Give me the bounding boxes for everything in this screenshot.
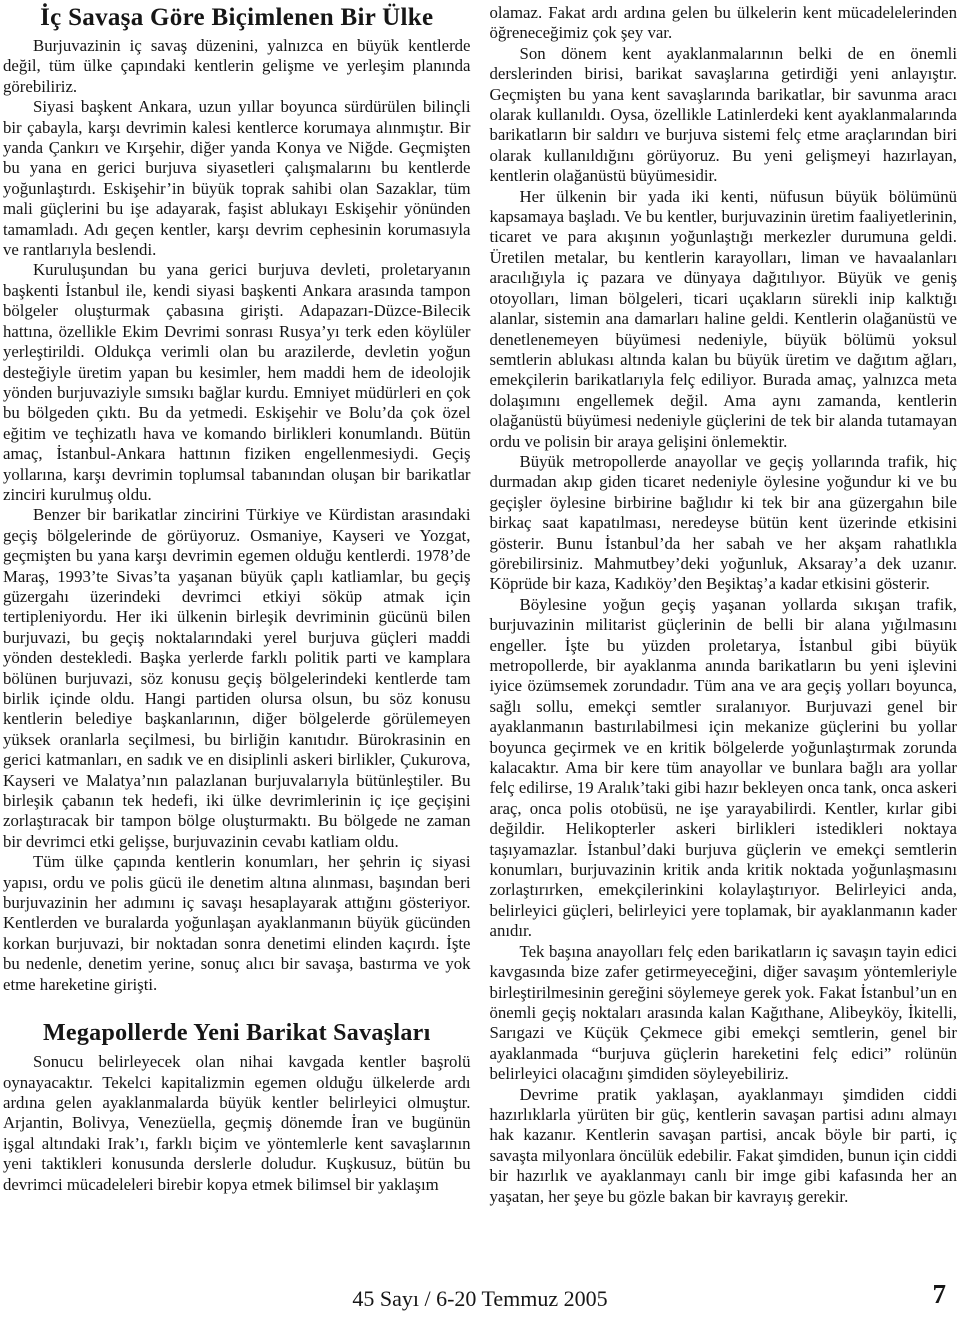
newspaper-page: İç Savaşa Göre Biçimlenen Bir Ülke Burju…: [0, 0, 960, 1318]
body-paragraph: Tek başına anayolları felç eden barikatl…: [490, 942, 958, 1085]
body-paragraph: Tüm ülke çapında kentlerin konumları, he…: [3, 852, 471, 995]
page-number: 7: [933, 1279, 947, 1310]
body-paragraph: Kuruluşundan bu yana gerici burjuva devl…: [3, 260, 471, 505]
body-paragraph: Siyasi başkent Ankara, uzun yıllar boyun…: [3, 97, 471, 260]
section-heading: Megapollerde Yeni Barikat Savaşları: [3, 1019, 471, 1047]
article-title: İç Savaşa Göre Biçimlenen Bir Ülke: [3, 3, 471, 33]
body-paragraph: Benzer bir barikatlar zincirini Türkiye …: [3, 505, 471, 852]
article-body: İç Savaşa Göre Biçimlenen Bir Ülke Burju…: [0, 0, 960, 1273]
body-paragraph: Son dönem kent ayaklanmalarının belki de…: [490, 44, 958, 187]
body-paragraph: Burjuvazinin iç savaş düzenini, yalnızca…: [3, 36, 471, 97]
body-paragraph: Büyük metropollerde anayollar ve geçiş y…: [490, 452, 958, 595]
body-paragraph: Sonucu belirleyecek olan nihai kavgada k…: [3, 1052, 471, 1195]
body-paragraph-continuation: olamaz. Fakat ardı ardına gelen bu ülkel…: [490, 3, 958, 44]
issue-info: 45 Sayı / 6-20 Temmuz 2005: [0, 1286, 960, 1312]
right-column: olamaz. Fakat ardı ardına gelen bu ülkel…: [490, 3, 958, 1273]
body-paragraph: Her ülkenin bir yada iki kenti, nüfusun …: [490, 187, 958, 452]
body-paragraph: Devrime pratik yaklaşan, ayaklanmayı şim…: [490, 1085, 958, 1207]
left-column: İç Savaşa Göre Biçimlenen Bir Ülke Burju…: [3, 3, 471, 1273]
body-paragraph: Böylesine yoğun geçiş yaşanan yollarda s…: [490, 595, 958, 942]
